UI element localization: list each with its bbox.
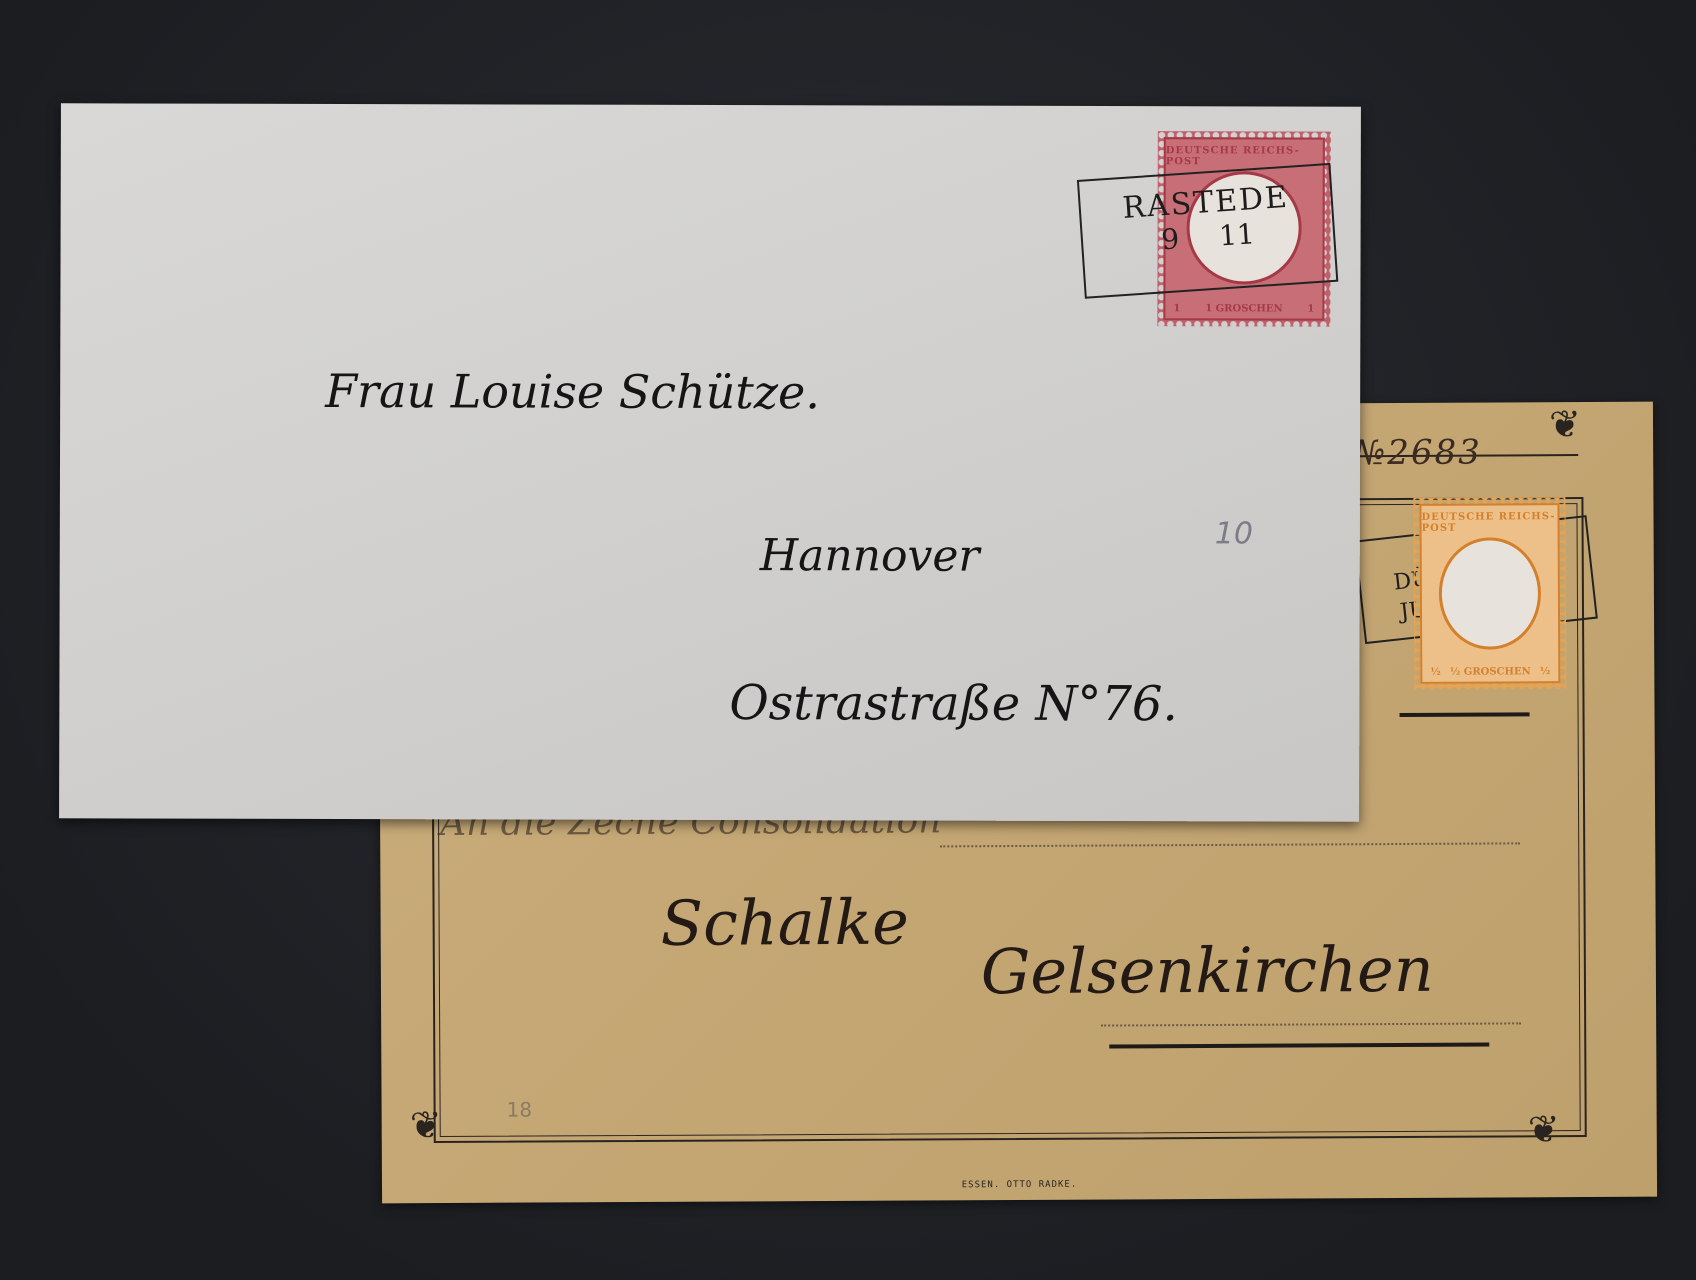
stamp-value-left: 1 (1173, 303, 1180, 314)
printed-rule (1400, 712, 1530, 717)
rastede-cancel: RASTEDE 9 11 (1077, 163, 1338, 299)
printer-imprint: ESSEN. OTTO RADKE. (382, 1177, 1657, 1194)
envelope-address-line-3: Ostrastraße N°76. (729, 675, 1178, 732)
corner-ornament-icon: ❦ (404, 1103, 448, 1147)
half-groschen-stamp: DEUTSCHE REICHS-POST ½½ GROSCHEN½ (1413, 497, 1566, 690)
corner-ornament-icon: ❦ (1543, 402, 1587, 446)
eagle-oval-icon (1439, 537, 1541, 649)
envelope-address-line-2: Hannover (760, 530, 980, 582)
stamp-country: DEUTSCHE REICHS-POST (1421, 511, 1557, 534)
white-envelope: Frau Louise Schütze. Hannover Ostrastraß… (59, 103, 1361, 821)
cancel-day: 9 (1160, 222, 1180, 256)
card-address-line-3: Gelsenkirchen (981, 933, 1434, 1008)
stamp-value-right: 1 (1307, 304, 1314, 315)
corner-ornament-icon: ❦ (1522, 1107, 1566, 1151)
card-address-line-2: Schalke (660, 886, 909, 960)
stamp-denomination: ½ GROSCHEN (1450, 666, 1531, 677)
envelope-address-line-1: Frau Louise Schütze. (325, 364, 820, 419)
pencil-note: 18 (507, 1098, 533, 1122)
pencil-note: 10 (1215, 516, 1253, 551)
stamp-value-right: ½ (1540, 666, 1550, 677)
card-number: №2683 (1353, 433, 1482, 474)
stamp-value-left: ½ (1430, 667, 1440, 678)
stamp-denomination: 1 GROSCHEN (1205, 303, 1282, 314)
cancel-month: 11 (1218, 217, 1256, 252)
